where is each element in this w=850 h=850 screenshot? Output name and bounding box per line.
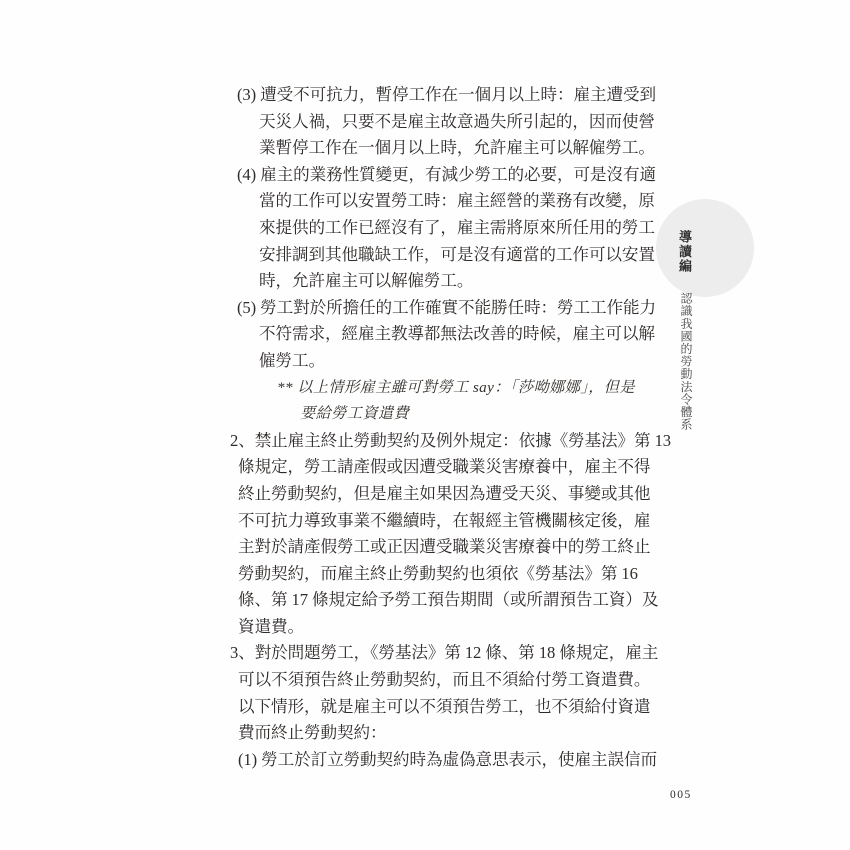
text-line: (4) 雇主的業務性質變更，有減少勞工的必要，可是沒有適 [237, 162, 690, 189]
text-line: 天災人禍，只要不是雇主故意過失所引起的，因而使營 [259, 109, 690, 136]
text-line: 安排調到其他職缺工作，可是沒有適當的工作可以安置 [259, 242, 690, 269]
text-line: (5) 勞工對於所擔任的工作確實不能勝任時：勞工工作能力 [237, 295, 690, 322]
text-line: 當的工作可以安置勞工時：雇主經營的業務有改變，原 [259, 188, 690, 215]
text-line: 不符需求，經雇主教導都無法改善的時候，雇主可以解 [259, 321, 690, 348]
remark-line: ** 以上情形雇主雖可對勞工 say：「莎呦娜娜」，但是 [277, 375, 690, 402]
text-line: 條、第 17 條規定給予勞工預告期間（或所謂預告工資）及 [238, 587, 690, 614]
text-line: 條規定，勞工請產假或因遭受職業災害療養中，雇主不得 [238, 454, 690, 481]
remark-line: 要給勞工資遣費 [300, 401, 690, 428]
chapter-badge-label: 導讀編 [675, 230, 694, 274]
text-line: 勞動契約，而雇主終止勞動契約也須依《勞基法》第 16 [238, 561, 690, 588]
page-number: 005 [670, 789, 692, 801]
text-line: 3、對於問題勞工，《勞基法》第 12 條、第 18 條規定，雇主 [230, 640, 690, 667]
text-line: 可以不須預告終止勞動契約，而且不須給付勞工資遣費。 [238, 667, 690, 694]
text-line: 時，允許雇主可以解僱勞工。 [259, 268, 690, 295]
text-line: 資遣費。 [238, 614, 690, 641]
book-page: (3) 遭受不可抗力，暫停工作在一個月以上時：雇主遭受到 天災人禍，只要不是雇主… [0, 0, 850, 850]
text-line: 以下情形，就是雇主可以不須預告勞工，也不須給付資遣 [238, 694, 690, 721]
text-line: 費而終止勞動契約： [238, 720, 690, 747]
text-line: 2、禁止雇主終止勞動契約及例外規定：依據《勞基法》第 13 [230, 428, 690, 455]
chapter-title-vertical: 認識我國的勞動法令體系 [678, 292, 695, 431]
text-line: 主對於請產假勞工或正因遭受職業災害療養中的勞工終止 [238, 534, 690, 561]
chapter-badge-circle [656, 199, 754, 297]
text-line: 不可抗力導致事業不繼續時，在報經主管機關核定後，雇 [238, 508, 690, 535]
text-line: 僱勞工。 [259, 348, 690, 375]
body-text: (3) 遭受不可抗力，暫停工作在一個月以上時：雇主遭受到 天災人禍，只要不是雇主… [230, 82, 690, 773]
text-line: 終止勞動契約，但是雇主如果因為遭受天災、事變或其他 [238, 481, 690, 508]
text-line: 來提供的工作已經沒有了，雇主需將原來所任用的勞工 [259, 215, 690, 242]
text-line: 業暫停工作在一個月以上時，允許雇主可以解僱勞工。 [259, 135, 690, 162]
text-line: (1) 勞工於訂立勞動契約時為虛偽意思表示，使雇主誤信而 [238, 747, 690, 774]
text-line: (3) 遭受不可抗力，暫停工作在一個月以上時：雇主遭受到 [237, 82, 690, 109]
